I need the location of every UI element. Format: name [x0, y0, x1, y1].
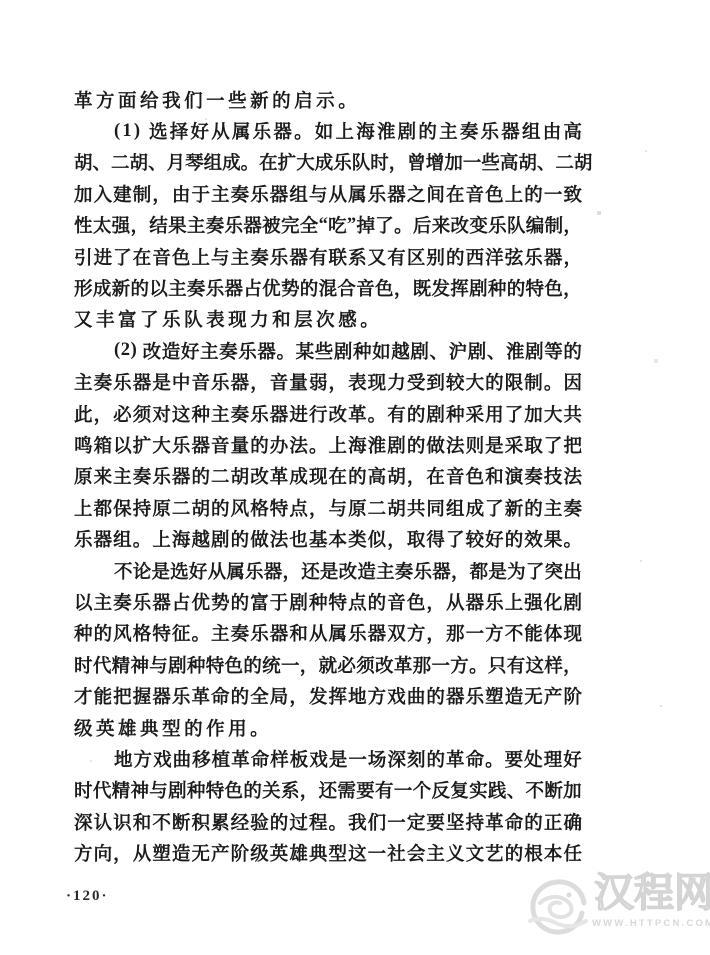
text-line: 乐器组。上海越剧的做法也基本类似，取得了较好的效果。	[74, 523, 582, 554]
text-line: 以主奏乐器占优势的富于剧种特点的音色，从器乐上强化剧	[74, 586, 582, 617]
text-line: 原来主奏乐器的二胡改革成现在的高胡，在音色和演奏技法	[74, 461, 582, 492]
watermark-logo-icon	[522, 873, 594, 945]
watermark-site-url: WWW.HTTPCN.COM	[592, 918, 710, 929]
text-line: 又丰富了乐队表现力和层次感。	[74, 304, 582, 335]
watermark-site-name: 汉程网	[594, 871, 710, 915]
text-line: 级英雄典型的作用。	[74, 712, 582, 743]
watermark: 汉程网 WWW.HTTPCN.COM	[522, 871, 708, 949]
text-line: 时代精神与剧种特色的统一，就必须改革那一方。只有这样，	[74, 649, 582, 680]
text-line: 时代精神与剧种特色的关系，还需要有一个反复实践、不断加	[74, 775, 582, 806]
text-line: 引进了在音色上与主奏乐器有联系又有区别的西洋弦乐器，	[74, 241, 582, 272]
text-line: 深认识和不断积累经验的过程。我们一定要坚持革命的正确	[74, 806, 582, 837]
page-number: ·120·	[66, 888, 109, 905]
page-text: 革方面给我们一些新的启示。(1) 选择好从属乐器。如上海淮剧的主奏乐器组由高胡、…	[74, 84, 582, 869]
text-line: (2) 改造好主奏乐器。某些剧种如越剧、沪剧、淮剧等的	[74, 335, 582, 366]
text-line: (1) 选择好从属乐器。如上海淮剧的主奏乐器组由高	[74, 115, 582, 146]
text-line: 加入建制，由于主奏乐器组与从属乐器之间在音色上的一致	[74, 178, 582, 209]
text-line: 不论是选好从属乐器，还是改造主奏乐器，都是为了突出	[74, 555, 582, 586]
text-line: 种的风格特征。主奏乐器和从属乐器双方，那一方不能体现	[74, 618, 582, 649]
text-line: 性太强，结果主奏乐器被完全“吃”掉了。后来改变乐队编制，	[74, 210, 582, 241]
book-page: 革方面给我们一些新的启示。(1) 选择好从属乐器。如上海淮剧的主奏乐器组由高胡、…	[0, 0, 710, 955]
text-line: 主奏乐器是中音乐器，音量弱，表现力受到较大的限制。因	[74, 367, 582, 398]
text-line: 才能把握器乐革命的全局，发挥地方戏曲的器乐塑造无产阶	[74, 680, 582, 711]
scan-noise	[0, 0, 2, 2]
text-line: 革方面给我们一些新的启示。	[74, 84, 582, 115]
text-line: 方向，从塑造无产阶级英雄典型这一社会主义文艺的根本任	[74, 837, 582, 868]
text-line: 地方戏曲移植革命样板戏是一场深刻的革命。要处理好	[74, 743, 582, 774]
text-line: 胡、二胡、月琴组成。在扩大成乐队时，曾增加一些高胡、二胡	[74, 147, 582, 178]
text-line: 上都保持原二胡的风格特点，与原二胡共同组成了新的主奏	[74, 492, 582, 523]
text-line: 鸣箱以扩大乐器音量的办法。上海淮剧的做法则是采取了把	[74, 429, 582, 460]
text-line: 此，必须对这种主奏乐器进行改革。有的剧种采用了加大共	[74, 398, 582, 429]
text-line: 形成新的以主奏乐器占优势的混合音色，既发挥剧种的特色，	[74, 272, 582, 303]
